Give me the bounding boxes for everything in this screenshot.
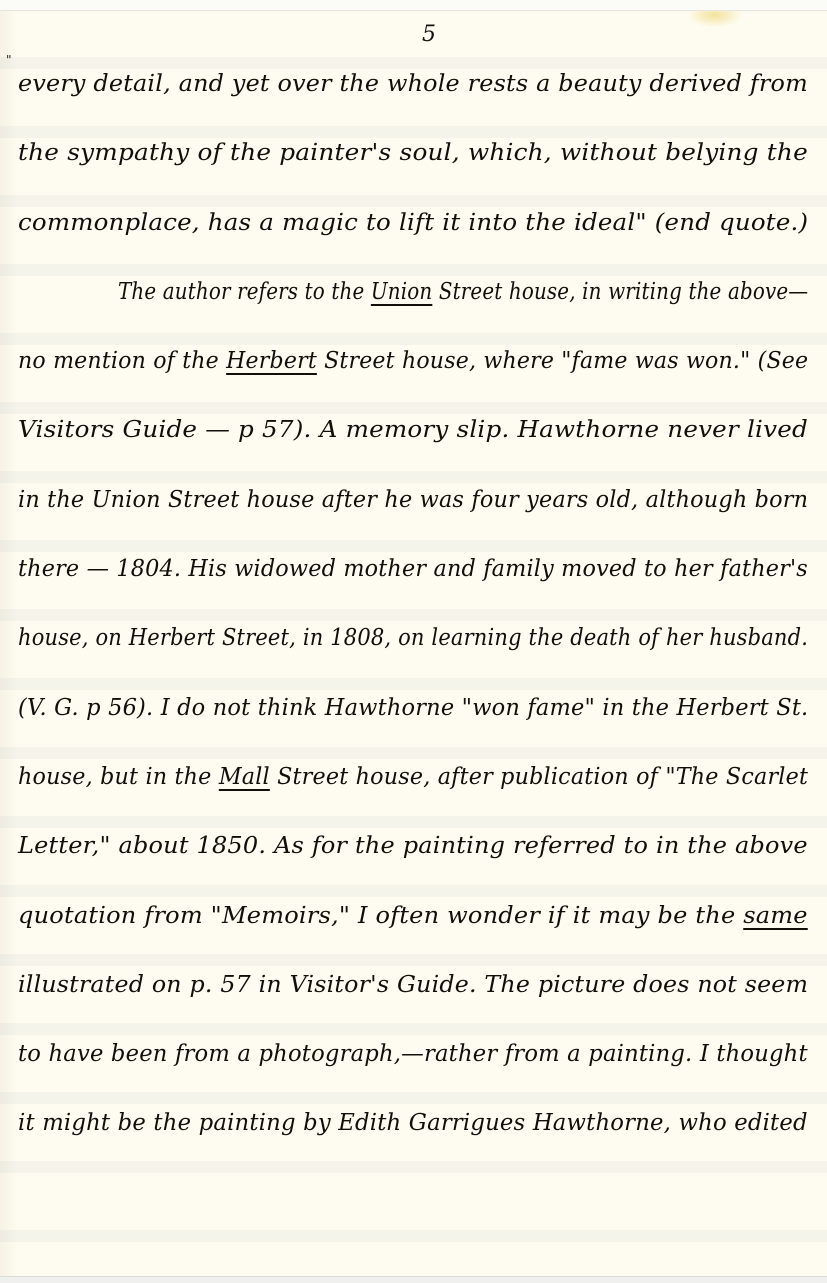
continuation-quote-mark: " [6,53,12,67]
text-segment: house, but in the [18,764,219,790]
line-text: house, on Herbert Street, in 1808, on le… [18,618,808,658]
line-text: to have been from a photograph,—rather f… [18,1034,808,1074]
line-text: (V. G. p 56). I do not think Hawthorne "… [18,688,808,728]
line-text: in the Union Street house after he was f… [18,480,808,520]
line-text: no mention of the Herbert Street house, … [18,341,808,381]
handwritten-text-body: every detail, and yet over the whole res… [18,64,818,1173]
manuscript-line: (V. G. p 56). I do not think Hawthorne "… [18,688,818,757]
text-segment: Letter," about 1850. As for the painting… [18,833,808,859]
manuscript-line: the sympathy of the painter's soul, whic… [18,133,818,202]
manuscript-line: there — 1804. His widowed mother and fam… [18,549,818,618]
line-text: there — 1804. His widowed mother and fam… [18,549,808,589]
text-segment: house, on Herbert Street, in 1808, on le… [18,625,808,651]
manuscript-line: house, on Herbert Street, in 1808, on le… [18,618,818,687]
text-segment: Street house, in writing the above— [432,279,808,305]
text-segment: (V. G. p 56). I do not think Hawthorne "… [18,695,808,721]
underlined-word: Herbert [226,348,317,374]
text-segment: in the Union Street house after he was f… [18,487,808,513]
line-text: quotation from "Memoirs," I often wonder… [18,896,808,936]
line-text: commonplace, has a magic to lift it into… [18,203,808,243]
line-text: The author refers to the Union Street ho… [118,272,808,312]
text-segment: the sympathy of the painter's soul, whic… [18,140,808,166]
line-text: illustrated on p. 57 in Visitor's Guide.… [18,965,808,1005]
text-segment: commonplace, has a magic to lift it into… [18,210,808,236]
text-segment: illustrated on p. 57 in Visitor's Guide.… [18,972,808,998]
scan-edge-top [0,0,827,11]
text-segment: every detail, and yet over the whole res… [18,71,808,97]
line-text: house, but in the Mall Street house, aft… [18,757,808,797]
manuscript-line: illustrated on p. 57 in Visitor's Guide.… [18,965,818,1034]
manuscript-line: Letter," about 1850. As for the painting… [18,826,818,895]
manuscript-line: in the Union Street house after he was f… [18,480,818,549]
manuscript-line: every detail, and yet over the whole res… [18,64,818,133]
manuscript-line: it might be the painting by Edith Garrig… [18,1103,818,1172]
text-segment: it might be the painting by Edith Garrig… [18,1110,808,1136]
line-text: it might be the painting by Edith Garrig… [18,1103,808,1143]
underlined-word: Mall [219,764,270,790]
text-segment: to have been from a photograph,—rather f… [18,1041,808,1067]
text-segment: The author refers to the [118,279,371,305]
manuscript-line: quotation from "Memoirs," I often wonder… [18,896,818,965]
text-segment: Street house, where "fame was won." (See [317,348,808,374]
manuscript-line: to have been from a photograph,—rather f… [18,1034,818,1103]
line-text: Visitors Guide — p 57). A memory slip. H… [18,410,808,450]
text-segment: Street house, after publication of "The … [270,764,808,790]
page-number: 5 [422,22,436,47]
manuscript-line: commonplace, has a magic to lift it into… [18,203,818,272]
manuscript-line: The author refers to the Union Street ho… [18,272,818,341]
line-text: every detail, and yet over the whole res… [18,64,808,104]
text-segment: quotation from "Memoirs," I often wonder… [18,903,743,929]
line-text: Letter," about 1850. As for the painting… [18,826,808,866]
manuscript-line: Visitors Guide — p 57). A memory slip. H… [18,410,818,479]
underlined-word: same [743,903,808,929]
text-segment: no mention of the [18,348,226,374]
manuscript-line: house, but in the Mall Street house, aft… [18,757,818,826]
manuscript-line: no mention of the Herbert Street house, … [18,341,818,410]
scan-edge-bottom [0,1276,827,1283]
underlined-word: Union [371,279,432,305]
text-segment: Visitors Guide — p 57). A memory slip. H… [18,417,808,443]
line-text: the sympathy of the painter's soul, whic… [18,133,808,173]
text-segment: there — 1804. His widowed mother and fam… [18,556,808,582]
